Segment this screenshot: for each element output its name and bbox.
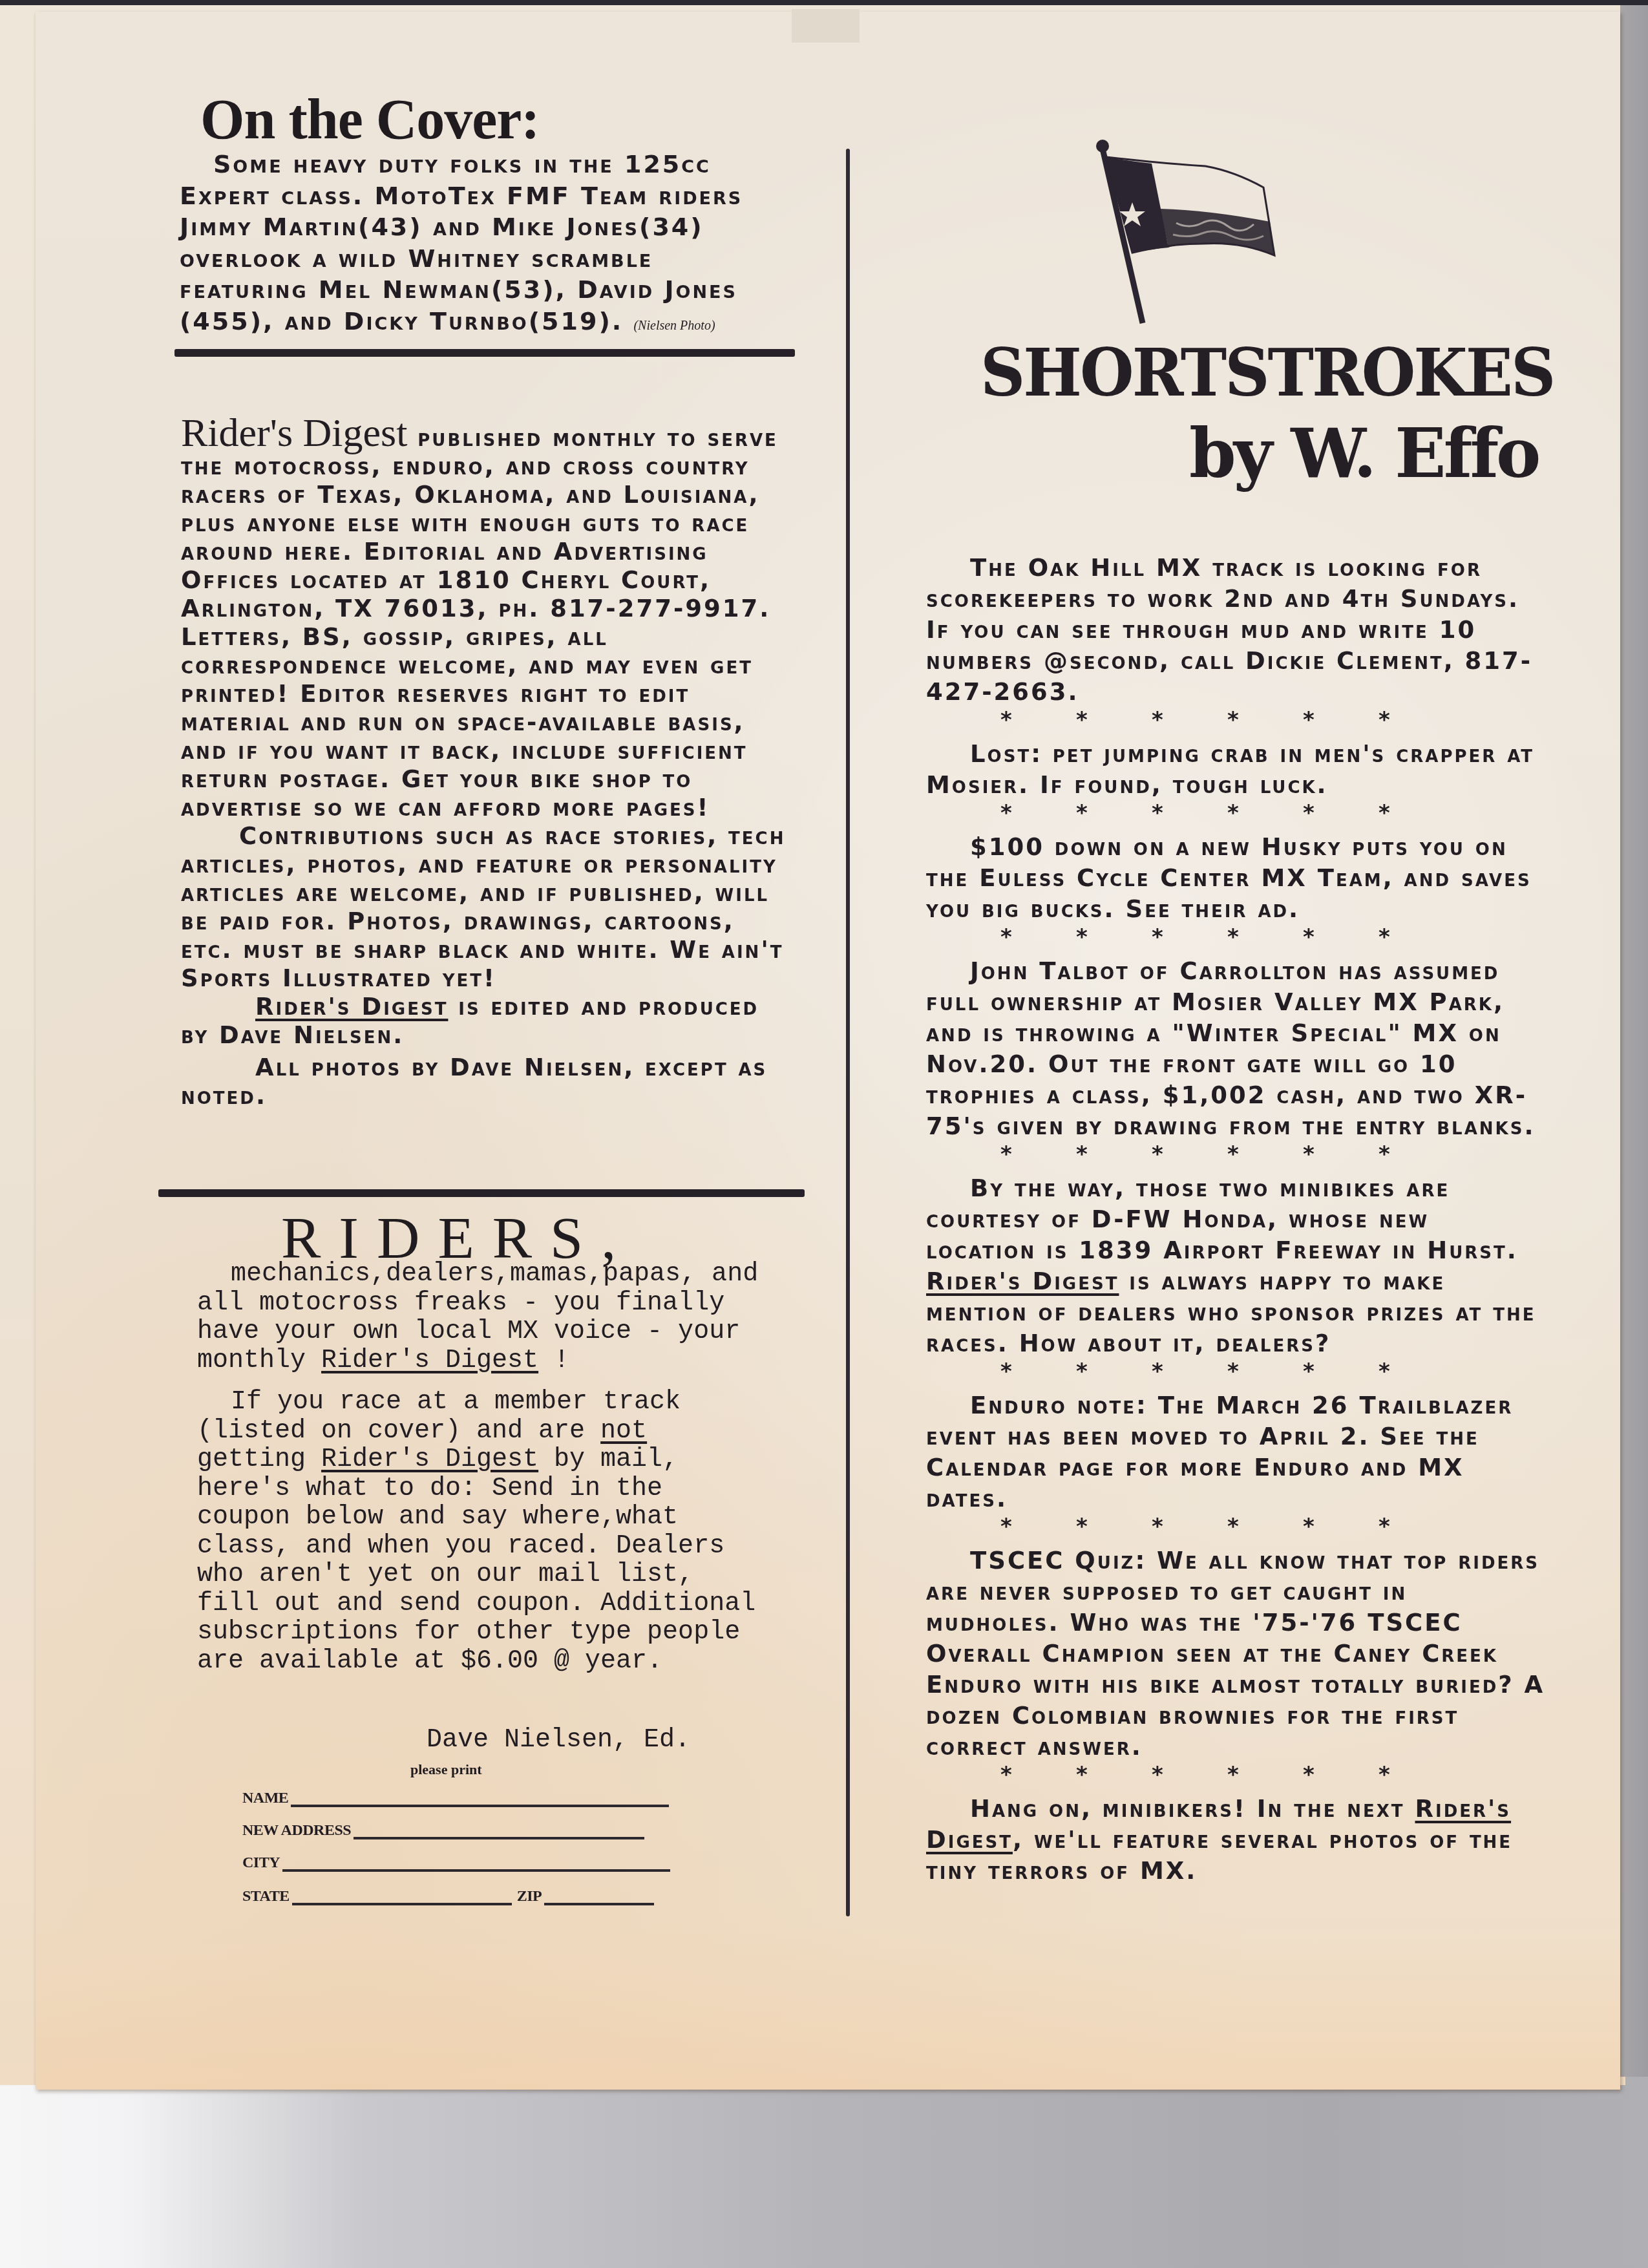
text: By the way, those two minibikes are cour… (926, 1174, 1518, 1264)
coupon-state-zip-field[interactable]: STATE ZIP (242, 1887, 654, 1905)
texas-flag-icon (1092, 132, 1286, 326)
column-divider (846, 149, 850, 1916)
photo-credit: (Nielsen Photo) (633, 319, 715, 333)
section-rule (158, 1189, 805, 1197)
news-item: TSCEC Quiz: We all know that top riders … (926, 1545, 1547, 1763)
coupon-instruction: please print (410, 1761, 482, 1778)
coupon-address-field[interactable]: NEW ADDRESS (242, 1821, 644, 1839)
news-item: John Talbot of Carrollton has assumed fu… (926, 956, 1547, 1142)
item-separator: ****** (926, 1516, 1547, 1538)
photo-credit-note: All photos by Dave Nielsen, except as no… (181, 1054, 795, 1110)
contributions-paragraph: Contributions such as race stories, tech… (181, 822, 795, 993)
text: getting (197, 1445, 321, 1474)
cover-heading: On the Cover: (200, 87, 540, 153)
news-item: By the way, those two minibikes are cour… (926, 1173, 1547, 1359)
field-label: CITY (242, 1854, 280, 1872)
item-separator: ****** (926, 1764, 1547, 1786)
coupon-city-field[interactable]: CITY (242, 1854, 670, 1872)
section-rule (174, 349, 795, 357)
news-item: The Oak Hill MX track is looking for sco… (926, 553, 1547, 708)
editor-signature: Dave Nielsen, Ed. (427, 1726, 690, 1755)
field-label: ZIP (517, 1888, 542, 1905)
masthead-block: Rider's Digest published monthly to serv… (181, 419, 795, 1110)
column-title: SHORTSTROKES (980, 334, 1554, 411)
field-label: NAME (242, 1790, 288, 1807)
state-input-line[interactable] (292, 1887, 512, 1905)
city-input-line[interactable] (282, 1854, 670, 1872)
text: by mail, here's what to do: Send in the … (197, 1445, 755, 1676)
publication-title: Rider's Digest (255, 993, 448, 1021)
item-separator: ****** (926, 1143, 1547, 1165)
publication-title: Rider's Digest (321, 1346, 538, 1375)
masthead-paragraph: published monthly to serve the motocross… (181, 424, 778, 821)
publication-title: Rider's Digest (926, 1267, 1119, 1295)
address-input-line[interactable] (354, 1821, 644, 1839)
publication-title: Rider's Digest (321, 1445, 538, 1474)
punctuation: ! (538, 1346, 569, 1375)
masthead-title: Rider's Digest (181, 411, 407, 455)
coupon-name-field[interactable]: NAME (242, 1789, 669, 1807)
field-label: NEW ADDRESS (242, 1822, 351, 1839)
news-item: $100 down on a new Husky puts you on the… (926, 832, 1547, 925)
item-separator: ****** (926, 709, 1547, 731)
item-separator: ****** (926, 926, 1547, 948)
column-byline: by W. Effo (1189, 414, 1538, 493)
shortstrokes-column: The Oak Hill MX track is looking for sco… (926, 553, 1547, 1887)
text: Hang on, minibikers! In the next (970, 1795, 1415, 1823)
text: , we'll feature several photos of the ti… (926, 1826, 1512, 1885)
cover-caption: Some heavy duty folks in the 125cc Exper… (180, 149, 774, 341)
item-separator: ****** (926, 802, 1547, 824)
tape-mark (792, 9, 860, 43)
zip-input-line[interactable] (544, 1887, 654, 1905)
name-input-line[interactable] (291, 1789, 669, 1807)
scan-top-band (0, 0, 1648, 5)
item-separator: ****** (926, 1361, 1547, 1383)
news-item: Hang on, minibikers! In the next Rider's… (926, 1794, 1547, 1887)
cover-caption-text: Some heavy duty folks in the 125cc Exper… (180, 150, 743, 335)
emphasis-not: not (600, 1417, 647, 1446)
field-label: STATE (242, 1888, 290, 1905)
subscription-notice: mechanics,dealers,mamas,papas, and all m… (197, 1260, 766, 1676)
news-item: Enduro note: The March 26 Trailblazer ev… (926, 1390, 1547, 1514)
news-item: Lost: pet jumping crab in men's crapper … (926, 739, 1547, 801)
scanner-bed-edge (1620, 5, 1648, 2077)
